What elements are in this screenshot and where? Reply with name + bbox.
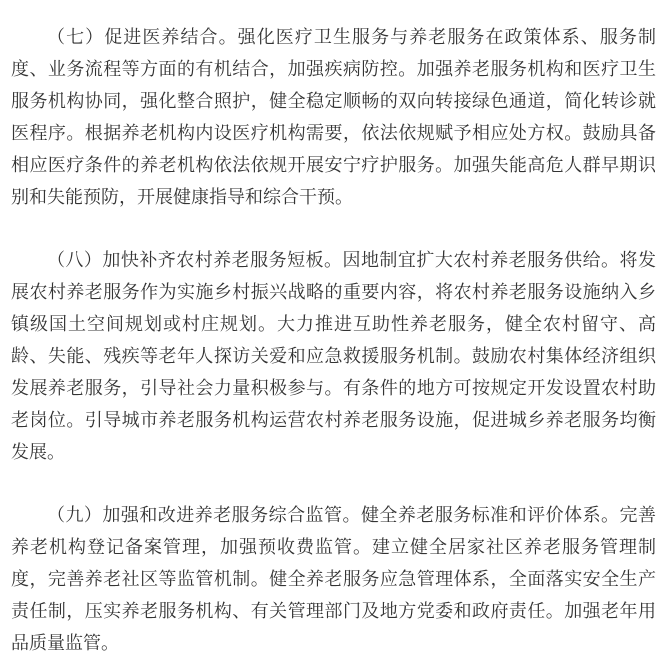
paragraph-item-9: （九）加强和改进养老服务综合监管。健全养老服务标准和评价体系。完善养老机构登记备… [11, 499, 656, 659]
paragraph-item-7: （七）促进医养结合。强化医疗卫生服务与养老服务在政策体系、服务制度、业务流程等方… [11, 21, 656, 213]
paragraph-item-8: （八）加快补齐农村养老服务短板。因地制宜扩大农村养老服务供给。将发展农村养老服务… [11, 244, 656, 468]
document-body: （七）促进医养结合。强化医疗卫生服务与养老服务在政策体系、服务制度、业务流程等方… [0, 0, 667, 659]
